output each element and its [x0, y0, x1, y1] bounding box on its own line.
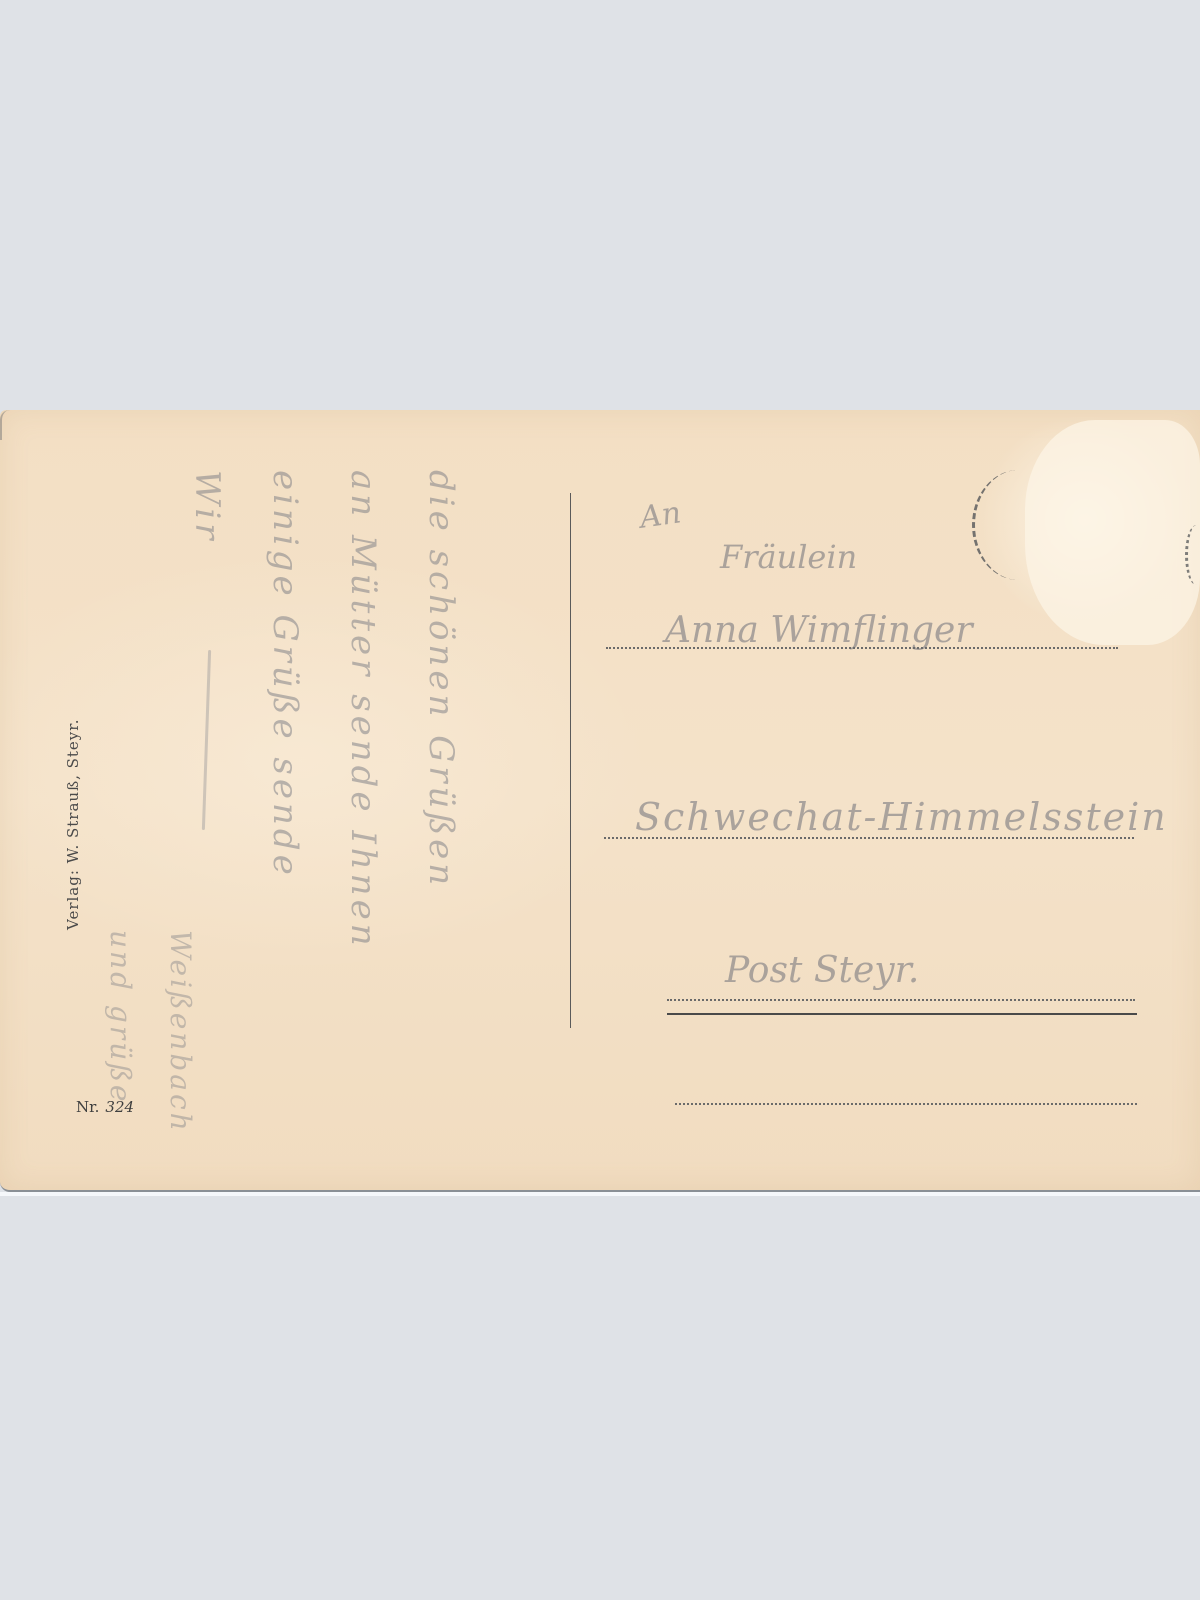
message-line: Wir — [168, 470, 246, 950]
message-line: an Mütter sende Ihnen — [324, 470, 402, 950]
publisher-imprint: Verlag: W. Strauß, Steyr. — [64, 718, 82, 930]
postmark-arc-icon — [972, 470, 1065, 580]
address-line-3-underline — [667, 1013, 1137, 1015]
message-line: die schönen Grüßen — [402, 470, 480, 950]
center-divider — [570, 493, 571, 1028]
handwritten-message: die schönen Grüßen an Mütter sende Ihnen… — [168, 470, 480, 950]
message-line: einige Grüße sende — [246, 470, 324, 950]
address-line-3 — [667, 999, 1135, 1001]
handwritten-message-lower: Weißenbach und grüße — [90, 930, 210, 1134]
address-name: Anna Wimflinger — [665, 610, 973, 651]
postcard-back: Verlag: W. Strauß, Steyr. Nr.324 die sch… — [0, 410, 1200, 1192]
address-street: Schwechat-Himmelsstein — [635, 795, 1168, 839]
address-salutation: An — [638, 495, 683, 535]
address-title: Fräulein — [720, 538, 857, 576]
address-city: Post Steyr. — [725, 950, 919, 991]
message-line: und grüße — [90, 930, 150, 1134]
address-line-1 — [606, 647, 1118, 649]
corner-crease — [0, 410, 16, 440]
address-line-4 — [675, 1103, 1137, 1105]
message-line: Weißenbach — [150, 930, 210, 1134]
address-line-2 — [604, 837, 1134, 839]
